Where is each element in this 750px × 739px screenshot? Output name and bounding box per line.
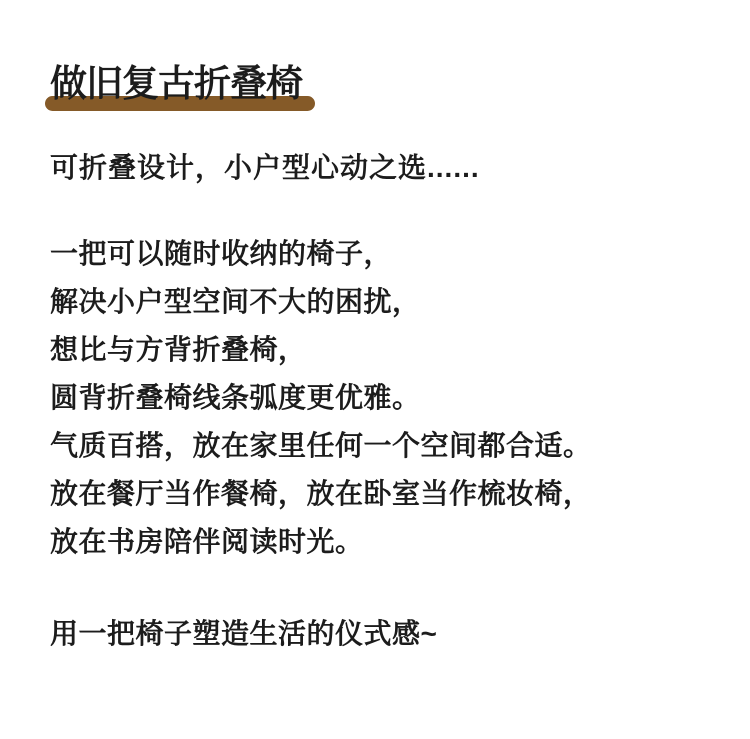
description-paragraph: 一把可以随时收纳的椅子， 解决小户型空间不大的困扰， 想比与方背折叠椅， 圆背折… (50, 230, 592, 566)
page-title: 做旧复古折叠椅 (50, 64, 302, 105)
description-line: 气质百搭，放在家里任何一个空间都合适。 (50, 422, 592, 470)
subtitle: 可折叠设计，小户型心动之选...... (50, 151, 480, 185)
description-line: 放在餐厅当作餐椅，放在卧室当作梳妆椅， (50, 470, 592, 518)
description-line: 放在书房陪伴阅读时光。 (50, 518, 592, 566)
closing-tagline: 用一把椅子塑造生活的仪式感~ (50, 617, 437, 651)
product-description-poster: 做旧复古折叠椅 可折叠设计，小户型心动之选...... 一把可以随时收纳的椅子，… (0, 0, 750, 739)
description-line: 圆背折叠椅线条弧度更优雅。 (50, 374, 592, 422)
description-line: 想比与方背折叠椅， (50, 326, 592, 374)
description-line: 一把可以随时收纳的椅子， (50, 230, 592, 278)
description-line: 解决小户型空间不大的困扰， (50, 278, 592, 326)
title-block: 做旧复古折叠椅 (50, 64, 302, 105)
